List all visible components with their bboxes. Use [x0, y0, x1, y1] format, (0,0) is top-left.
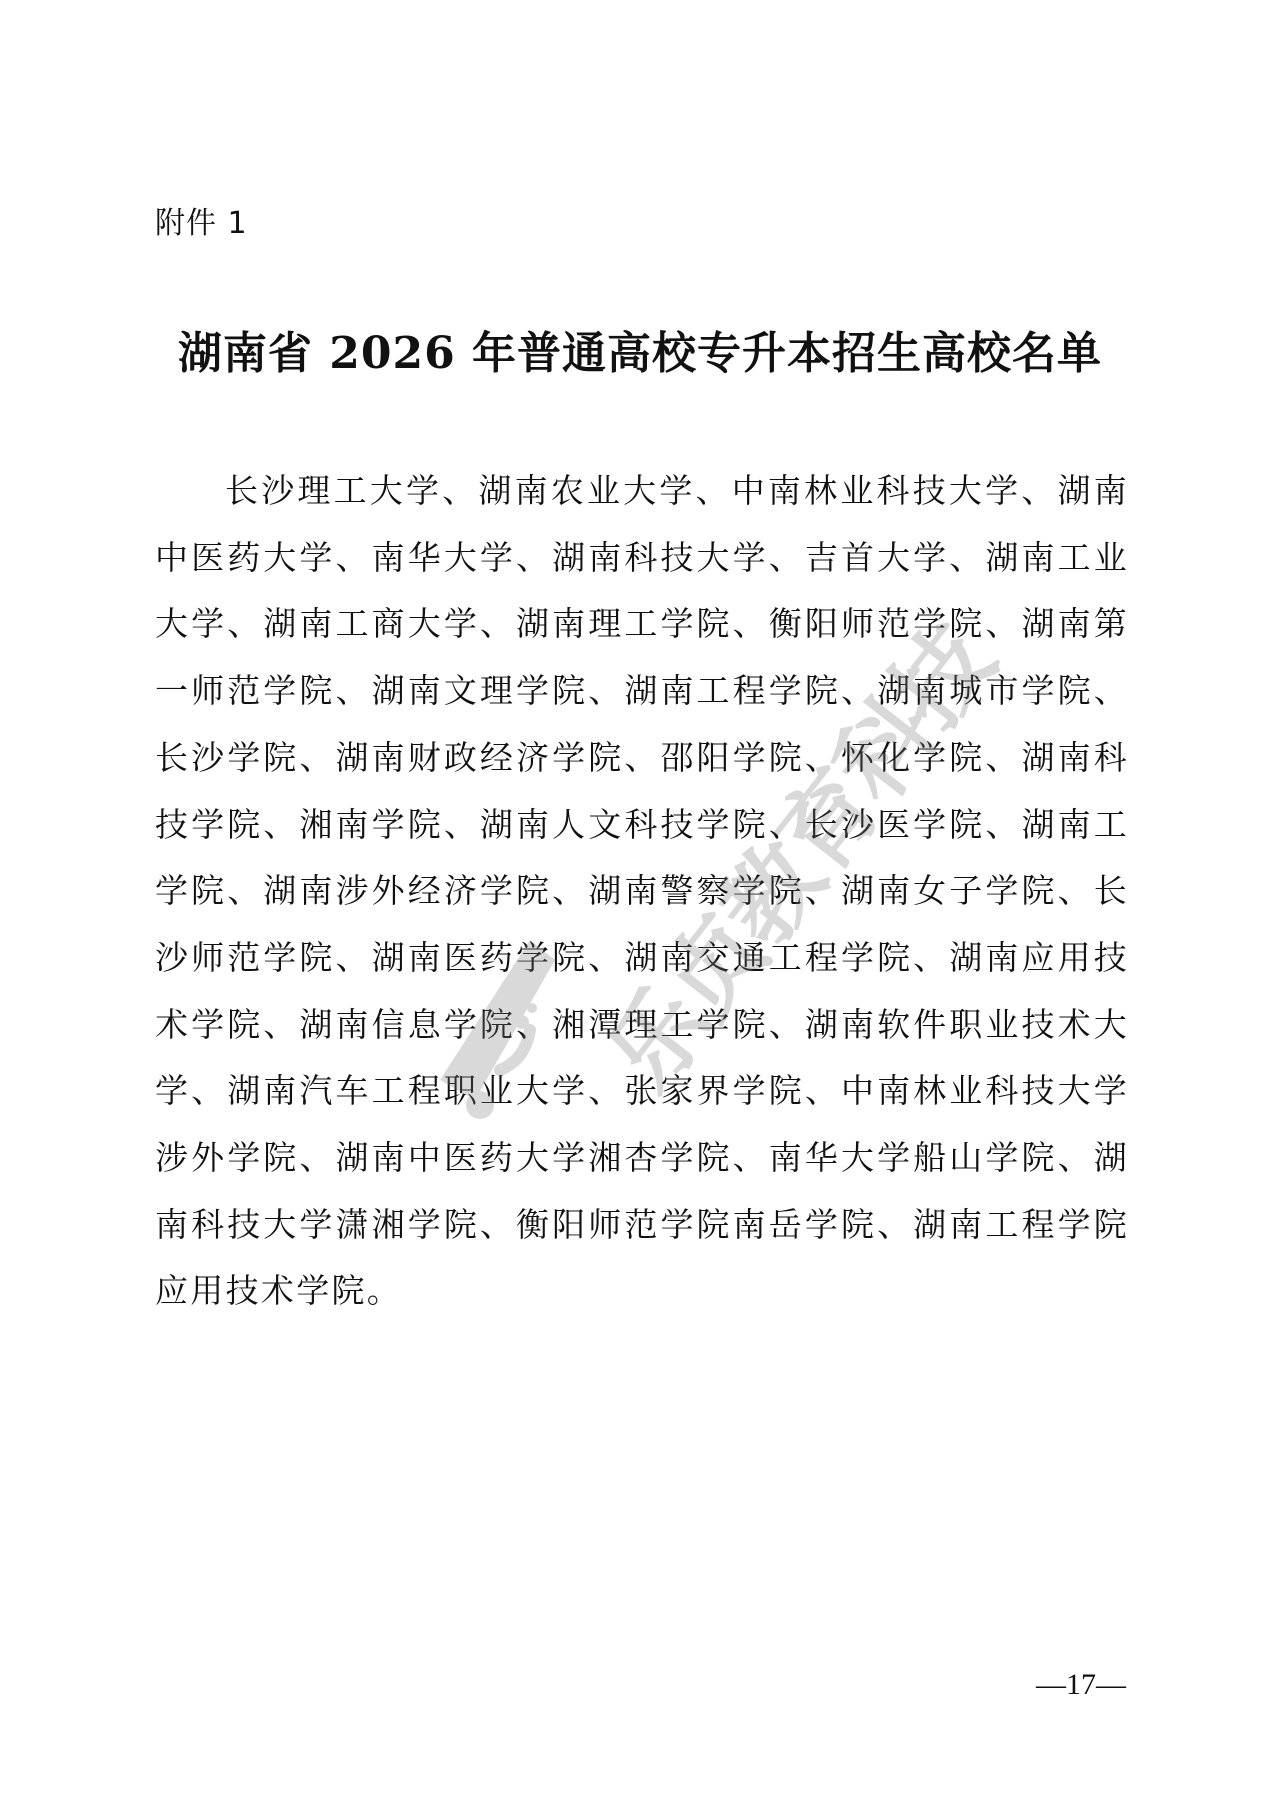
document-page: 附件 1 湖南省 2026 年普通高校专升本招生高校名单 长沙理工大学、湖南农业… [0, 0, 1280, 1810]
document-title: 湖南省 2026 年普通高校专升本招生高校名单 [0, 324, 1280, 384]
university-list-paragraph: 长沙理工大学、湖南农业大学、中南林业科技大学、湖南中医药大学、南华大学、湖南科技… [155, 458, 1129, 1325]
attachment-label: 附件 1 [155, 204, 248, 244]
page-number: —17— [1036, 1665, 1126, 1705]
